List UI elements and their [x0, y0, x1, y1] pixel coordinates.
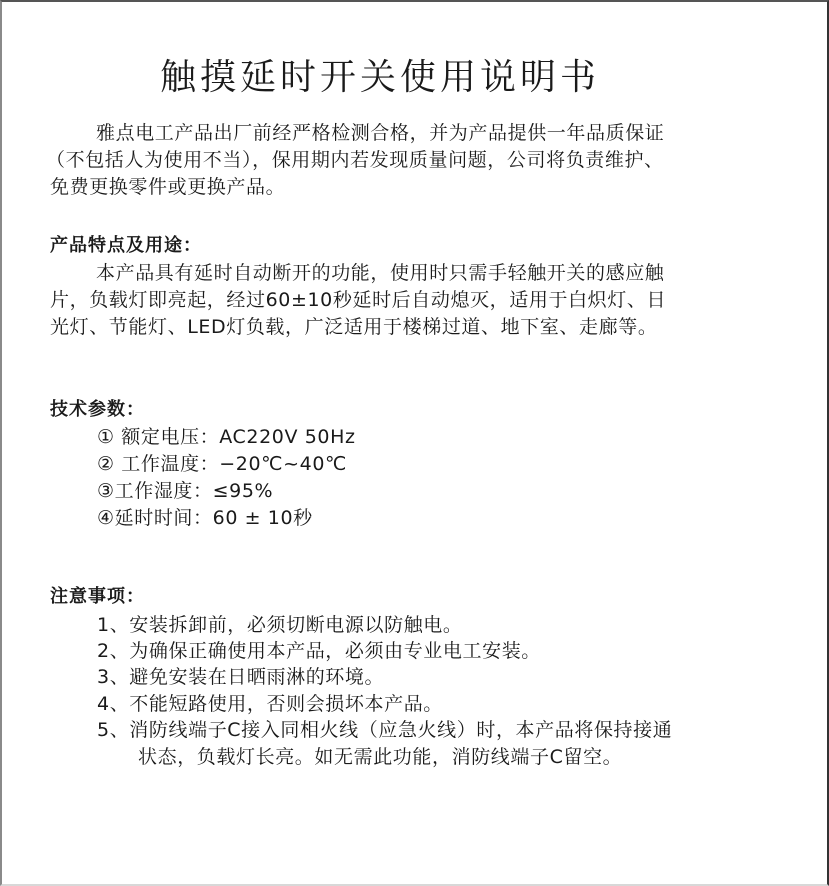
spec-item-4: ④延时时间：60 ± 10秒: [97, 506, 313, 530]
features-line-1: 本产品具有延时自动断开的功能，使用时只需手轻触开关的感应触: [96, 261, 664, 285]
note-item-4: 4、不能短路使用，否则会损坏本产品。: [97, 692, 443, 716]
note-item-5-continued: 状态，负载灯长亮。如无需此功能，消防线端子C留空。: [138, 745, 622, 769]
intro-line-3: 免费更换零件或更换产品。: [50, 175, 285, 199]
note-item-3: 3、避免安装在日晒雨淋的环境。: [97, 665, 384, 689]
spec-item-1: ① 额定电压：AC220V 50Hz: [97, 425, 356, 449]
document-title: 触摸延时开关使用说明书: [160, 55, 600, 101]
features-heading: 产品特点及用途：: [50, 234, 202, 258]
notes-heading: 注意事项：: [50, 585, 145, 609]
features-line-2: 片，负载灯即亮起，经过60±10秒延时后自动熄灭，适用于白炽灯、日: [50, 288, 666, 312]
specs-heading: 技术参数：: [50, 398, 145, 422]
features-line-3: 光灯、节能灯、LED灯负载，广泛适用于楼梯过道、地下室、走廊等。: [50, 315, 657, 339]
note-item-5: 5、消防线端子C接入同相火线（应急火线）时，本产品将保持接通: [97, 718, 672, 742]
note-item-2: 2、为确保正确使用本产品，必须由专业电工安装。: [97, 639, 541, 663]
intro-line-2: （不包括人为使用不当），保用期内若发现质量问题，公司将负责维护、: [46, 148, 664, 172]
intro-line-1: 雅点电工产品出厂前经严格检测合格，并为产品提供一年品质保证: [96, 121, 664, 145]
spec-item-2: ② 工作温度：−20℃~40℃: [97, 452, 347, 476]
note-item-1: 1、安装拆卸前，必须切断电源以防触电。: [97, 613, 463, 637]
spec-item-3: ③工作湿度：≤95%: [97, 479, 273, 503]
